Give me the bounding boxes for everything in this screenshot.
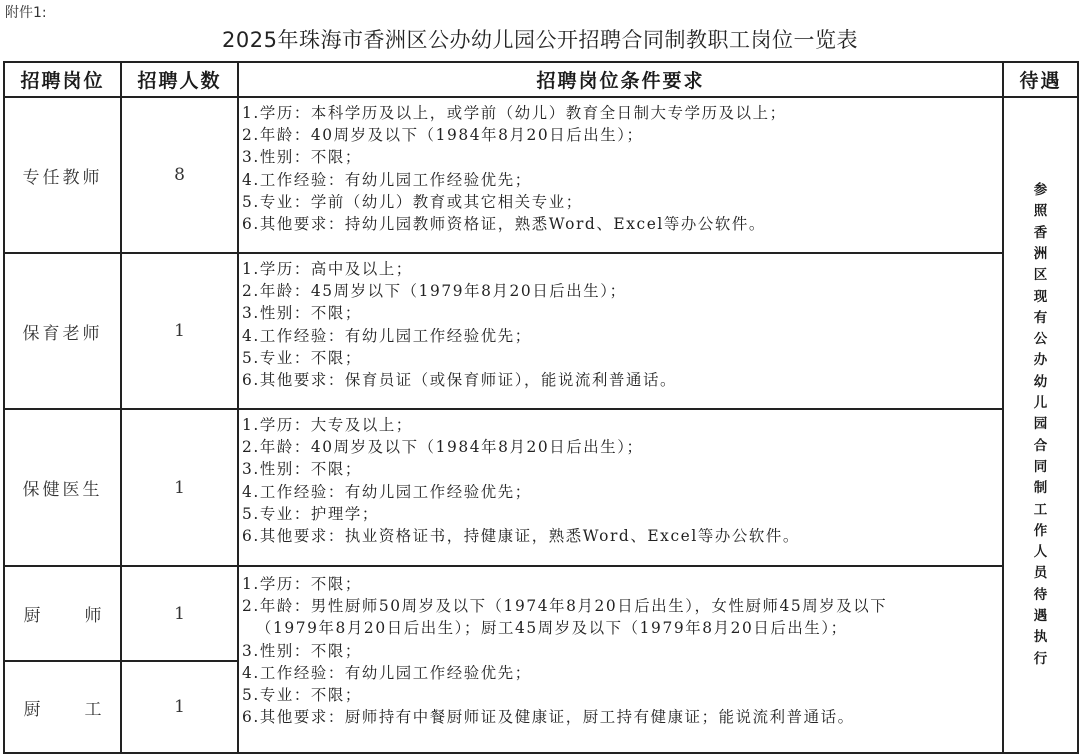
table-row: 专任教师 8 1.学历：本科学历及以上，或学前（幼儿）教育全日制大专学历及以上；… — [4, 97, 1078, 253]
benefit-char: 现 — [1004, 287, 1077, 308]
requirement-line: 1.学历：不限； — [242, 573, 1002, 595]
requirement-line: 2.年龄：40周岁及以下（1984年8月20日后出生）； — [242, 124, 1002, 146]
requirement-line: 5.专业：学前（幼儿）教育或其它相关专业； — [242, 191, 1002, 213]
requirements-cell: 1.学历：大专及以上； 2.年龄：40周岁及以下（1984年8月20日后出生）；… — [238, 409, 1003, 566]
position-char: 工 — [82, 695, 102, 720]
benefit-char: 工 — [1004, 500, 1077, 521]
requirement-line: 3.性别：不限； — [242, 302, 1002, 324]
position-char: 厨 — [24, 601, 82, 626]
position-char: 师 — [82, 601, 102, 626]
requirement-line: 3.性别：不限； — [242, 146, 1002, 168]
count-cell: 1 — [121, 661, 238, 753]
requirement-line: 2.年龄：40周岁及以下（1984年8月20日后出生）； — [242, 436, 1002, 458]
count-cell: 1 — [121, 409, 238, 566]
header-count: 招聘人数 — [121, 62, 238, 97]
position-cell: 保育老师 — [4, 253, 121, 409]
position-char: 厨 — [24, 695, 82, 720]
position-cell: 厨师 — [4, 566, 121, 661]
table-row: 厨师 1 1.学历：不限； 2.年龄：男性厨师50周岁及以下（1974年8月20… — [4, 566, 1078, 661]
requirement-line: 5.专业：不限； — [242, 347, 1002, 369]
requirement-line: 4.工作经验：有幼儿园工作经验优先； — [242, 662, 1002, 684]
benefit-char: 遇 — [1004, 606, 1077, 627]
benefit-char: 洲 — [1004, 244, 1077, 265]
benefit-char: 参 — [1004, 180, 1077, 201]
benefits-cell: 参照香洲区现有公办幼儿园合同制工作人员待遇执行 — [1003, 97, 1078, 753]
header-requirements: 招聘岗位条件要求 — [238, 62, 1003, 97]
count-cell: 1 — [121, 253, 238, 409]
benefit-char: 有 — [1004, 308, 1077, 329]
table-header-row: 招聘岗位 招聘人数 招聘岗位条件要求 待遇 — [4, 62, 1078, 97]
benefit-char: 行 — [1004, 649, 1077, 670]
benefit-char: 合 — [1004, 436, 1077, 457]
header-position: 招聘岗位 — [4, 62, 121, 97]
requirement-line: 3.性别：不限； — [242, 458, 1002, 480]
requirement-line: 1.学历：大专及以上； — [242, 414, 1002, 436]
requirement-line: 4.工作经验：有幼儿园工作经验优先； — [242, 325, 1002, 347]
benefit-char: 儿 — [1004, 393, 1077, 414]
requirement-line: 4.工作经验：有幼儿园工作经验优先； — [242, 481, 1002, 503]
benefits-vertical-text: 参照香洲区现有公办幼儿园合同制工作人员待遇执行 — [1004, 180, 1077, 670]
requirement-line: （1979年8月20日后出生）；厨工45周岁及以下（1979年8月20日后出生）… — [242, 617, 1002, 639]
table-row: 保健医生 1 1.学历：大专及以上； 2.年龄：40周岁及以下（1984年8月2… — [4, 409, 1078, 566]
header-benefits: 待遇 — [1003, 62, 1078, 97]
table-row: 保育老师 1 1.学历：高中及以上； 2.年龄：45周岁以下（1979年8月20… — [4, 253, 1078, 409]
requirement-line: 2.年龄：男性厨师50周岁及以下（1974年8月20日后出生），女性厨师45周岁… — [242, 595, 1002, 617]
requirement-line: 1.学历：高中及以上； — [242, 258, 1002, 280]
benefit-char: 公 — [1004, 329, 1077, 350]
benefit-char: 执 — [1004, 627, 1077, 648]
requirement-line: 2.年龄：45周岁以下（1979年8月20日后出生）； — [242, 280, 1002, 302]
benefit-char: 照 — [1004, 201, 1077, 222]
requirement-line: 1.学历：本科学历及以上，或学前（幼儿）教育全日制大专学历及以上； — [242, 102, 1002, 124]
requirement-line: 5.专业：不限； — [242, 684, 1002, 706]
requirement-line: 3.性别：不限； — [242, 640, 1002, 662]
position-cell: 保健医生 — [4, 409, 121, 566]
requirement-line: 6.其他要求：厨师持有中餐厨师证及健康证，厨工持有健康证；能说流利普通话。 — [242, 706, 1002, 728]
benefit-char: 区 — [1004, 265, 1077, 286]
benefit-char: 作 — [1004, 521, 1077, 542]
requirements-cell-kitchen: 1.学历：不限； 2.年龄：男性厨师50周岁及以下（1974年8月20日后出生）… — [238, 566, 1003, 753]
page-title: 2025年珠海市香洲区公办幼儿园公开招聘合同制教职工岗位一览表 — [0, 24, 1080, 54]
benefit-char: 待 — [1004, 585, 1077, 606]
requirements-cell: 1.学历：本科学历及以上，或学前（幼儿）教育全日制大专学历及以上； 2.年龄：4… — [238, 97, 1003, 253]
count-cell: 8 — [121, 97, 238, 253]
position-cell: 专任教师 — [4, 97, 121, 253]
job-positions-table: 招聘岗位 招聘人数 招聘岗位条件要求 待遇 专任教师 8 1.学历：本科学历及以… — [3, 61, 1079, 754]
position-cell: 厨工 — [4, 661, 121, 753]
requirement-line: 6.其他要求：执业资格证书，持健康证，熟悉Word、Excel等办公软件。 — [242, 525, 1002, 547]
requirement-line: 4.工作经验：有幼儿园工作经验优先； — [242, 169, 1002, 191]
benefit-char: 幼 — [1004, 372, 1077, 393]
benefit-char: 香 — [1004, 223, 1077, 244]
attachment-label: 附件1: — [5, 2, 47, 22]
benefit-char: 同 — [1004, 457, 1077, 478]
benefit-char: 员 — [1004, 563, 1077, 584]
benefit-char: 人 — [1004, 542, 1077, 563]
requirement-line: 6.其他要求：保育员证（或保育师证），能说流利普通话。 — [242, 369, 1002, 391]
count-cell: 1 — [121, 566, 238, 661]
requirement-line: 6.其他要求：持幼儿园教师资格证，熟悉Word、Excel等办公软件。 — [242, 213, 1002, 235]
requirements-cell: 1.学历：高中及以上； 2.年龄：45周岁以下（1979年8月20日后出生）； … — [238, 253, 1003, 409]
benefit-char: 办 — [1004, 350, 1077, 371]
benefit-char: 园 — [1004, 414, 1077, 435]
benefit-char: 制 — [1004, 478, 1077, 499]
requirement-line: 5.专业：护理学； — [242, 503, 1002, 525]
